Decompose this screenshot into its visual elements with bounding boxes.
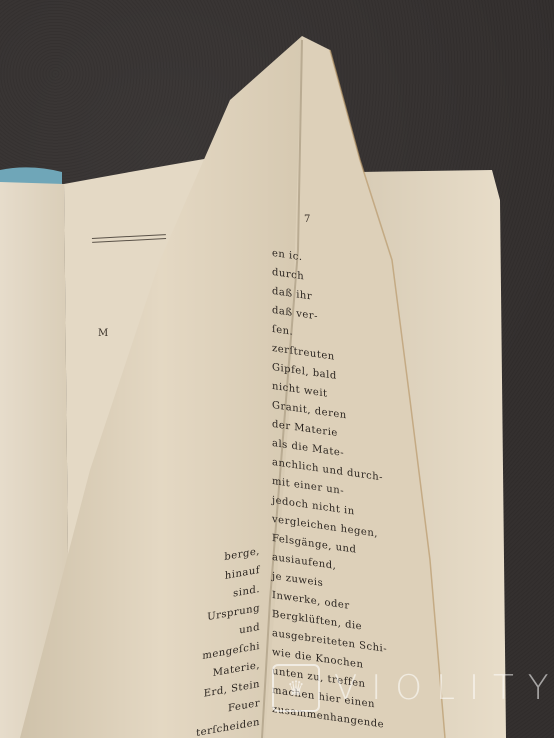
left-text-column: berge, hinauf sind. Ursprung und mengeſc… xyxy=(190,542,260,738)
watermark-text: VIOLITY xyxy=(334,668,554,708)
photo-scene: M 7 en ic. durch daß ihr daß ver- ſen. z… xyxy=(0,0,554,738)
watermark: ♛ VIOLITY xyxy=(272,664,554,712)
marginal-fragment: M xyxy=(98,328,108,339)
page-number: 7 xyxy=(304,214,310,225)
right-text-column: en ic. durch daß ihr daß ver- ſen. zerſt… xyxy=(272,244,387,735)
crown-icon: ♛ xyxy=(272,664,320,712)
